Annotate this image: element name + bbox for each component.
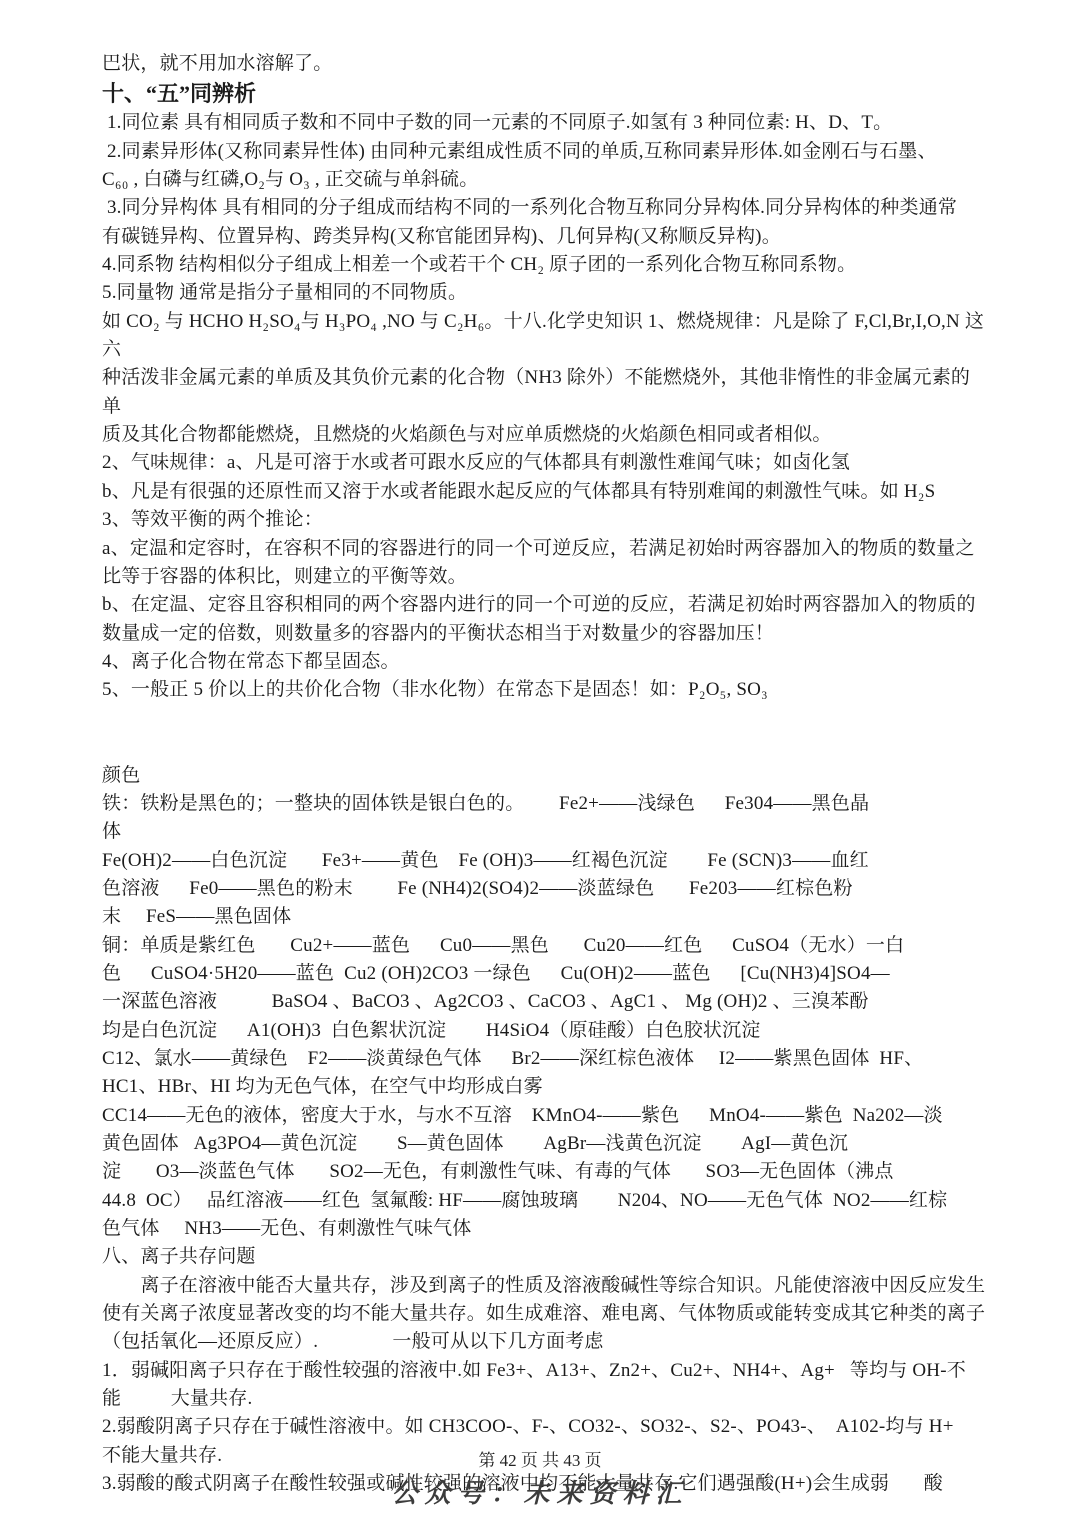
text-line: 2、气味规律：a、凡是可溶于水或者可跟水反应的气体都具有刺激性难闻气味；如卤化氢 bbox=[102, 449, 988, 477]
text-line: 黄色固体 Ag3PO4—黄色沉淀 S—黄色固体 AgBr—浅黄色沉淀 AgI—黄… bbox=[102, 1130, 988, 1158]
watermark: 公众号：未来资料汇 bbox=[0, 1478, 1080, 1510]
page-number: 第 42 页 共 43 页 bbox=[0, 1450, 1080, 1472]
text-line: 质及其化合物都能燃烧，且燃烧的火焰颜色与对应单质燃烧的火焰颜色相同或者相似。 bbox=[102, 421, 988, 449]
document-content: 巴状，就不用加水溶解了。十、“五”同辨析 1.同位素 具有相同质子数和不同中子数… bbox=[102, 50, 988, 1499]
text-line: 4.同系物 结构相似分子组成上相差一个或若干个 CH₂ 原子团的一系列化合物互称… bbox=[102, 251, 988, 279]
text-line: HC1、HBr、HI 均为无色气体，在空气中均形成白雾 bbox=[102, 1073, 988, 1101]
text-line: C₆₀ , 白磷与红磷,O₂与 O₃ , 正交硫与单斜硫。 bbox=[102, 166, 988, 194]
text-line: 一深蓝色溶液 BaSO4 、BaCO3 、Ag2CO3 、CaCO3 、AgC1… bbox=[102, 988, 988, 1016]
text-line: 2.同素异形体(又称同素异性体) 由同种元素组成性质不同的单质,互称同素异形体.… bbox=[102, 138, 988, 166]
text-line: 2.弱酸阴离子只存在于碱性溶液中。如 CH3COO-、F-、CO32-、SO32… bbox=[102, 1413, 988, 1441]
section-heading: 十、“五”同辨析 bbox=[102, 78, 988, 109]
text-line: 能 大量共存. bbox=[102, 1385, 988, 1413]
text-line: 色气体 NH3——无色、有刺激性气味气体 bbox=[102, 1215, 988, 1243]
blank-gap bbox=[102, 705, 988, 762]
text-line: 5、一般正 5 价以上的共价化合物（非水化物）在常态下是固态！如：P₂O₅, S… bbox=[102, 676, 988, 704]
text-line: 比等于容器的体积比，则建立的平衡等效。 bbox=[102, 563, 988, 591]
text-line: 巴状，就不用加水溶解了。 bbox=[102, 50, 988, 78]
text-line: a、定温和定容时，在容积不同的容器进行的同一个可逆反应，若满足初始时两容器加入的… bbox=[102, 535, 988, 563]
text-line: C12、氯水——黄绿色 F2——淡黄绿色气体 Br2——深红棕色液体 I2——紫… bbox=[102, 1045, 988, 1073]
text-line: 颜色 bbox=[102, 762, 988, 790]
text-line: 4、离子化合物在常态下都呈固态。 bbox=[102, 648, 988, 676]
text-line: Fe(OH)2——白色沉淀 Fe3+——黄色 Fe (OH)3——红褐色沉淀 F… bbox=[102, 847, 988, 875]
text-line: 均是白色沉淀 A1(OH)3 白色絮状沉淀 H4SiO4（原硅酸）白色胶状沉淀 bbox=[102, 1017, 988, 1045]
text-line: 1.同位素 具有相同质子数和不同中子数的同一元素的不同原子.如氢有 3 种同位素… bbox=[102, 109, 988, 137]
text-line: 有碳链异构、位置异构、跨类异构(又称官能团异构)、几何异构(又称顺反异构)。 bbox=[102, 223, 988, 251]
text-line: 八、离子共存问题 bbox=[102, 1243, 988, 1271]
text-line: 色 CuSO4·5H20——蓝色 Cu2 (OH)2CO3 一绿色 Cu(OH)… bbox=[102, 960, 988, 988]
text-line: CC14——无色的液体，密度大于水，与水不互溶 KMnO4-——紫色 MnO4-… bbox=[102, 1102, 988, 1130]
text-line: 铁：铁粉是黑色的；一整块的固体铁是银白色的。 Fe2+——浅绿色 Fe304——… bbox=[102, 790, 988, 818]
text-line: b、凡是有很强的还原性而又溶于水或者能跟水起反应的气体都具有特别难闻的刺激性气味… bbox=[102, 478, 988, 506]
text-line: b、在定温、定容且容积相同的两个容器内进行的同一个可逆的反应，若满足初始时两容器… bbox=[102, 591, 988, 619]
text-line: 44.8 OC） 品红溶液——红色 氢氟酸: HF——腐蚀玻璃 N204、NO—… bbox=[102, 1187, 988, 1215]
text-line: 体 bbox=[102, 818, 988, 846]
text-line: 离子在溶液中能否大量共存，涉及到离子的性质及溶液酸碱性等综合知识。凡能使溶液中因… bbox=[102, 1272, 988, 1300]
text-line: 如 CO₂ 与 HCHO H₂SO₄与 H₃PO₄ ,NO 与 C₂H₆。十八.… bbox=[102, 308, 988, 365]
text-line: 使有关离子浓度显著改变的均不能大量共存。如生成难溶、难电离、气体物质或能转变成其… bbox=[102, 1300, 988, 1328]
text-line: 铜：单质是紫红色 Cu2+——蓝色 Cu0——黑色 Cu20——红色 CuSO4… bbox=[102, 932, 988, 960]
document-page: 巴状，就不用加水溶解了。十、“五”同辨析 1.同位素 具有相同质子数和不同中子数… bbox=[0, 0, 1080, 1527]
text-line: 1．弱碱阳离子只存在于酸性较强的溶液中.如 Fe3+、A13+、Zn2+、Cu2… bbox=[102, 1357, 988, 1385]
text-line: 5.同量物 通常是指分子量相同的不同物质。 bbox=[102, 279, 988, 307]
text-line: 数量成一定的倍数，则数量多的容器内的平衡状态相当于对数量少的容器加压！ bbox=[102, 620, 988, 648]
text-line: （包括氧化—还原反应）. 一般可从以下几方面考虑 bbox=[102, 1328, 988, 1356]
text-line: 3、等效平衡的两个推论： bbox=[102, 506, 988, 534]
text-line: 淀 O3—淡蓝色气体 SO2—无色，有刺激性气味、有毒的气体 SO3—无色固体（… bbox=[102, 1158, 988, 1186]
text-line: 3.同分异构体 具有相同的分子组成而结构不同的一系列化合物互称同分异构体.同分异… bbox=[102, 194, 988, 222]
text-line: 色溶液 Fe0——黑色的粉末 Fe (NH4)2(SO4)2——淡蓝绿色 Fe2… bbox=[102, 875, 988, 903]
text-line: 种活泼非金属元素的单质及其负价元素的化合物（NH3 除外）不能燃烧外，其他非惰性… bbox=[102, 364, 988, 421]
text-line: 末 FeS——黑色固体 bbox=[102, 903, 988, 931]
